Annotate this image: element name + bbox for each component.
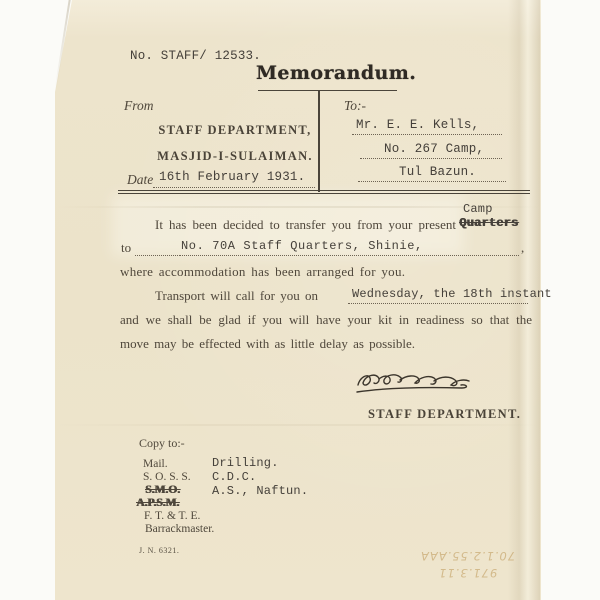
date-label: Date: [127, 172, 153, 188]
date-value: 16th February 1931.: [159, 170, 305, 184]
copy-left-item-apsm-struck: A.P.S.M.: [136, 497, 179, 509]
recipient-name-underline: [352, 133, 502, 135]
struck-word-quarters: Quarters: [459, 216, 518, 230]
pencil-archive-mark-2: 971.3.11: [438, 566, 497, 580]
form-number: J. N. 6321.: [139, 546, 179, 555]
signature-caption: STAFF DEPARTMENT.: [368, 407, 521, 422]
copy-left-item-ftte: F. T. & T. E.: [144, 510, 200, 522]
transport-date-underline: [348, 302, 528, 304]
section-rule-top: [118, 190, 530, 191]
pencil-archive-mark-1: 70.1.2.55.AAA: [420, 549, 515, 563]
copy-right-item-as-naftun: A.S., Naftun.: [212, 484, 308, 498]
copy-left-item-smo-struck: S.M.O.: [145, 484, 180, 496]
section-rule-bottom: [118, 193, 530, 194]
copy-left-item-soss: S. O. S. S.: [143, 471, 191, 483]
body-line-3: where accommodation has been arranged fo…: [120, 264, 405, 280]
recipient-camp-underline: [360, 157, 502, 159]
recipient-place-underline: [358, 180, 506, 182]
body-to-word: to: [121, 240, 131, 256]
from-location: MASJID-I-SULAIMAN.: [150, 149, 320, 164]
recipient-camp: No. 267 Camp,: [384, 142, 484, 156]
transport-date-fill: Wednesday, the 18th instant: [352, 287, 552, 301]
from-department: STAFF DEPARTMENT,: [150, 123, 320, 138]
to-label: To:-: [344, 98, 366, 114]
title-underline: [258, 90, 397, 91]
destination-fill: No. 70A Staff Quarters, Shinie,: [181, 239, 423, 253]
from-to-divider: [318, 90, 320, 192]
copy-left-item-barrackmaster: Barrackmaster.: [145, 523, 214, 535]
scanned-memorandum-page: No. STAFF/ 12533. Memorandum. From STAFF…: [0, 0, 600, 600]
memo-title: Memorandum.: [256, 62, 402, 84]
body-line-5: and we shall be glad if you will have yo…: [120, 312, 532, 328]
copy-right-item-drilling: Drilling.: [212, 456, 279, 470]
recipient-name: Mr. E. E. Kells,: [356, 118, 479, 132]
body-line-4: Transport will call for you on: [155, 288, 318, 304]
correction-camp: Camp: [463, 202, 493, 216]
destination-underline: [179, 254, 519, 256]
copy-to-label: Copy to:-: [139, 436, 185, 451]
recipient-place: Tul Bazun.: [399, 165, 476, 179]
body-line-6: move may be effected with as little dela…: [120, 336, 415, 352]
reference-number: No. STAFF/ 12533.: [130, 49, 261, 63]
signature: [352, 364, 478, 405]
copy-right-item-cdc: C.D.C.: [212, 470, 256, 484]
copy-left-item-mail: Mail.: [143, 458, 168, 470]
trailing-comma: ,: [521, 240, 524, 256]
signature-ink: [352, 364, 478, 400]
leader-dots-to: [135, 254, 178, 256]
body-line-1: It has been decided to transfer you from…: [155, 217, 456, 233]
from-label: From: [124, 98, 154, 114]
date-underline: [153, 186, 315, 188]
